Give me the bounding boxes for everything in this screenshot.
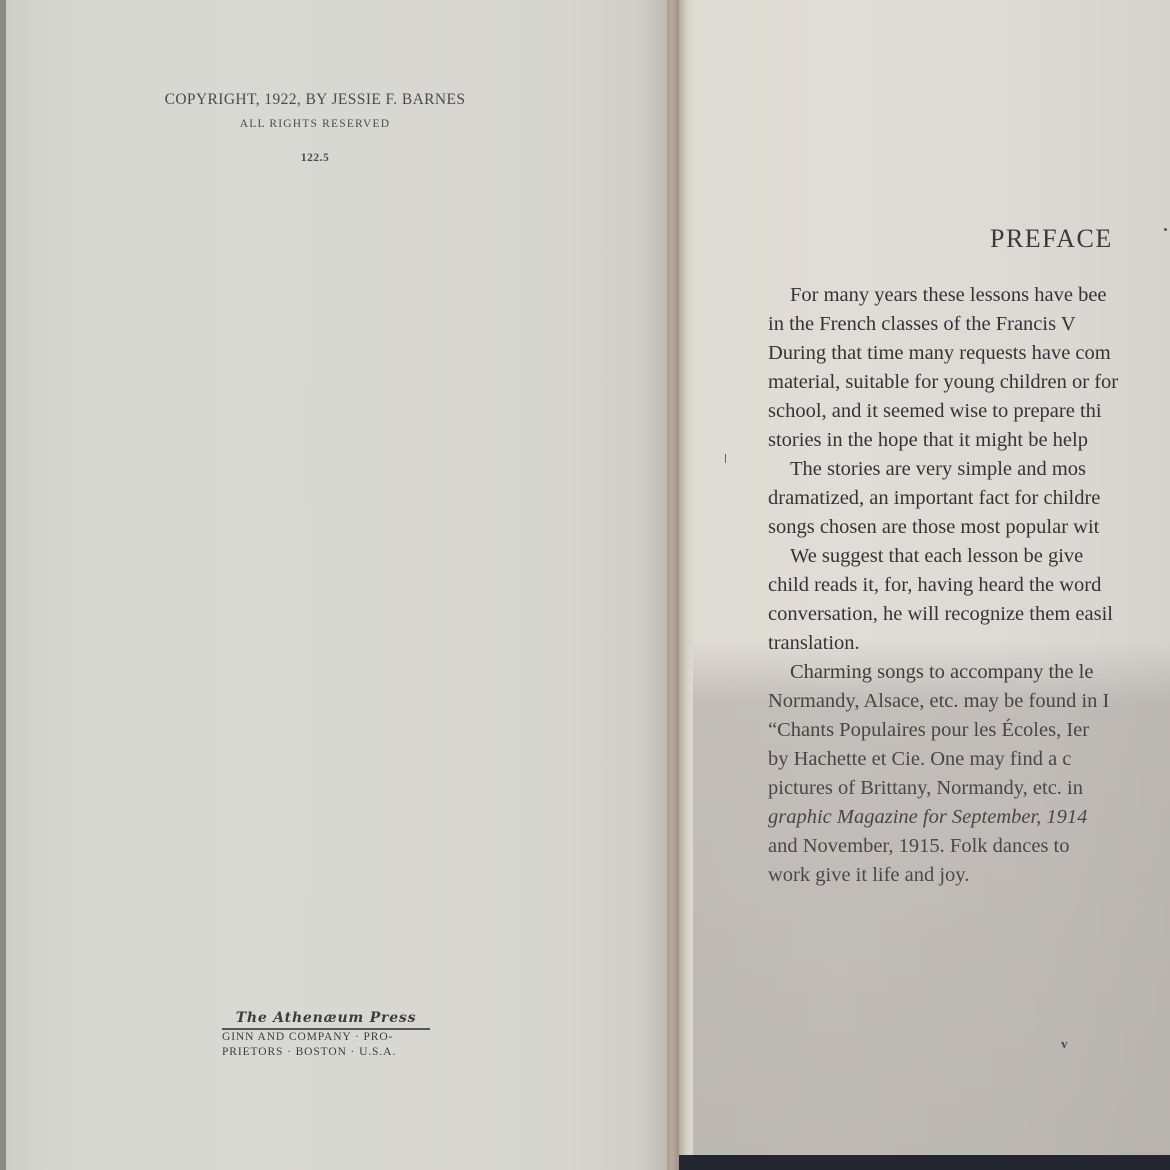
page-edge bbox=[679, 0, 693, 1170]
preface-line: graphic Magazine for September, 1914 bbox=[768, 803, 1170, 832]
publisher-imprint: The Athenæum Press GINN AND COMPANY · PR… bbox=[222, 1010, 430, 1060]
preface-line: stories in the hope that it might be hel… bbox=[768, 426, 1170, 455]
preface-line: During that time many requests have com bbox=[768, 339, 1170, 368]
preface-line: Normandy, Alsace, etc. may be found in I bbox=[768, 687, 1170, 716]
preface-line: work give it life and joy. bbox=[768, 861, 1170, 890]
preface-line: dramatized, an important fact for childr… bbox=[768, 484, 1170, 513]
right-page-preface: PREFACE For many years these lessons hav… bbox=[693, 0, 1170, 1160]
book-gutter bbox=[667, 0, 679, 1170]
copyright-block: COPYRIGHT, 1922, BY JESSIE F. BARNES ALL… bbox=[130, 90, 500, 164]
preface-line: material, suitable for young children or… bbox=[768, 368, 1170, 397]
imprint-line-2: PRIETORS · BOSTON · U.S.A. bbox=[222, 1045, 430, 1060]
preface-line: The stories are very simple and mos bbox=[768, 455, 1170, 484]
table-surface bbox=[679, 1155, 1170, 1170]
preface-line: in the French classes of the Francis V bbox=[768, 310, 1170, 339]
preface-line: school, and it seemed wise to prepare th… bbox=[768, 397, 1170, 426]
preface-line: pictures of Brittany, Normandy, etc. in bbox=[768, 774, 1170, 803]
preface-line: translation. bbox=[768, 629, 1170, 658]
preface-line: by Hachette et Cie. One may find a c bbox=[768, 745, 1170, 774]
speck-mark bbox=[1164, 228, 1167, 231]
page-number: v bbox=[1061, 1036, 1068, 1052]
preface-title: PREFACE bbox=[990, 224, 1113, 254]
rights-reserved: ALL RIGHTS RESERVED bbox=[130, 116, 500, 132]
preface-line: conversation, he will recognize them eas… bbox=[768, 600, 1170, 629]
print-code: 122.5 bbox=[130, 152, 500, 164]
stray-mark bbox=[725, 454, 726, 463]
open-book-spread: COPYRIGHT, 1922, BY JESSIE F. BARNES ALL… bbox=[0, 0, 1170, 1170]
preface-line: For many years these lessons have bee bbox=[768, 281, 1170, 310]
press-name: The Athenæum Press bbox=[222, 1010, 430, 1030]
preface-line: Charming songs to accompany the le bbox=[768, 658, 1170, 687]
preface-line: We suggest that each lesson be give bbox=[768, 542, 1170, 571]
preface-line: and November, 1915. Folk dances to bbox=[768, 832, 1170, 861]
imprint-line-1: GINN AND COMPANY · PRO- bbox=[222, 1030, 430, 1045]
preface-line: songs chosen are those most popular wit bbox=[768, 513, 1170, 542]
preface-body: For many years these lessons have bee in… bbox=[768, 281, 1170, 890]
preface-line: child reads it, for, having heard the wo… bbox=[768, 571, 1170, 600]
copyright-notice: COPYRIGHT, 1922, BY JESSIE F. BARNES bbox=[130, 90, 500, 110]
preface-line: “Chants Populaires pour les Écoles, Ier bbox=[768, 716, 1170, 745]
left-page-copyright: COPYRIGHT, 1922, BY JESSIE F. BARNES ALL… bbox=[0, 0, 667, 1170]
